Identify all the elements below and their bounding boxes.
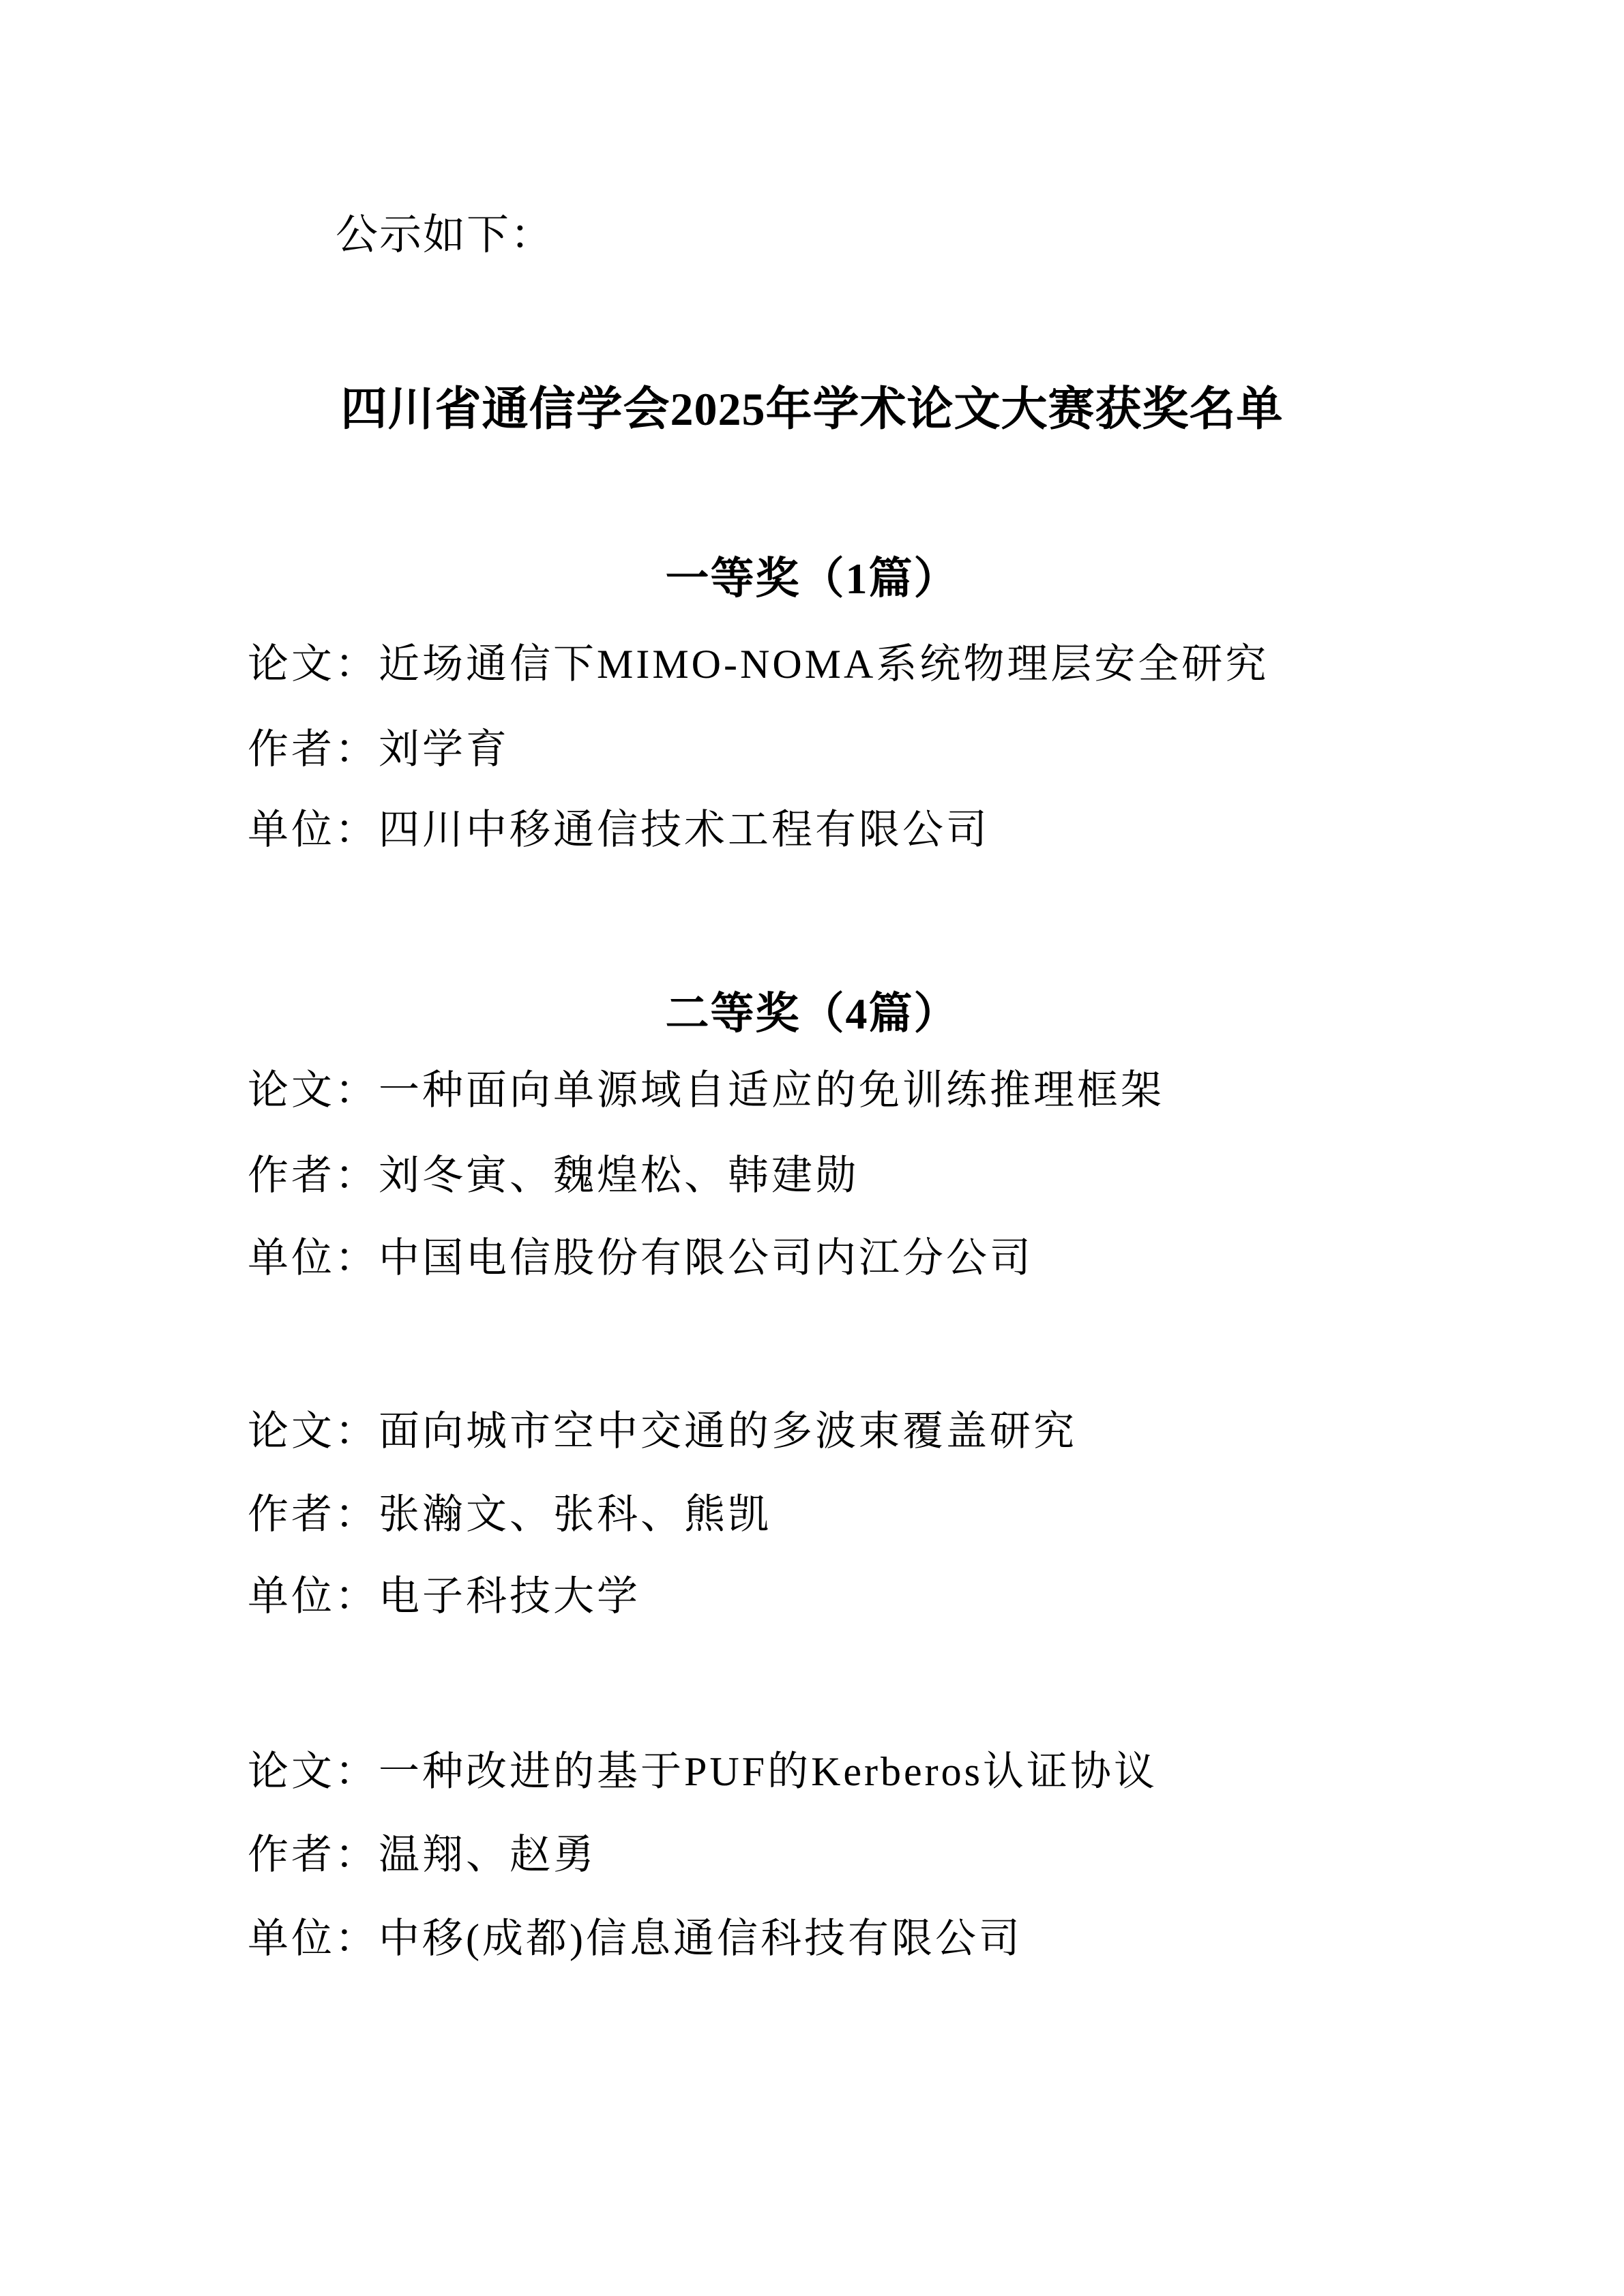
paper-title: 面向城市空中交通的多波束覆盖研究 (379, 1409, 1077, 1454)
org-name: 中移(成都)信息通信科技有限公司 (379, 1916, 1022, 1961)
paper-line: 论文：面向城市空中交通的多波束覆盖研究 (248, 1411, 1077, 1452)
author-line: 作者：张瀚文、张科、熊凯 (248, 1494, 771, 1535)
section-heading-second-prize: 二等奖（4篇） (0, 992, 1624, 1036)
author-label: 作者： (248, 727, 379, 772)
document-title: 四川省通信学会2025年学术论文大赛获奖名单 (0, 386, 1624, 432)
author-names: 刘学育 (379, 727, 510, 772)
org-label: 单位： (248, 1574, 379, 1619)
author-names: 张瀚文、张科、熊凯 (379, 1492, 771, 1537)
author-line: 作者：刘冬寅、魏煌松、韩建勋 (248, 1155, 859, 1196)
org-line: 单位：中移(成都)信息通信科技有限公司 (248, 1918, 1022, 1959)
org-line: 单位：中国电信股份有限公司内江分公司 (248, 1238, 1033, 1279)
author-label: 作者： (248, 1832, 379, 1877)
author-names: 温翔、赵勇 (379, 1832, 597, 1877)
paper-line: 论文：近场通信下MIMO-NOMA系统物理层安全研究 (248, 644, 1269, 685)
author-line: 作者：刘学育 (248, 729, 510, 770)
org-name: 中国电信股份有限公司内江分公司 (379, 1236, 1033, 1281)
org-label: 单位： (248, 807, 379, 852)
document-page: 公示如下： 四川省通信学会2025年学术论文大赛获奖名单 一等奖（1篇） 论文：… (0, 0, 1624, 2296)
paper-title: 一种改进的基于PUF的Kerberos认证协议 (379, 1749, 1157, 1794)
paper-line: 论文：一种面向单源域自适应的免训练推理框架 (248, 1070, 1164, 1111)
author-label: 作者： (248, 1153, 379, 1198)
paper-label: 论文： (248, 1068, 379, 1113)
author-names: 刘冬寅、魏煌松、韩建勋 (379, 1153, 859, 1198)
section-heading-first-prize: 一等奖（1篇） (0, 557, 1624, 601)
author-label: 作者： (248, 1492, 379, 1537)
author-line: 作者：温翔、赵勇 (248, 1834, 597, 1875)
org-line: 单位：电子科技大学 (248, 1576, 640, 1617)
paper-label: 论文： (248, 642, 379, 687)
org-label: 单位： (248, 1916, 379, 1961)
paper-line: 论文：一种改进的基于PUF的Kerberos认证协议 (248, 1751, 1157, 1792)
org-line: 单位：四川中移通信技术工程有限公司 (248, 809, 990, 850)
paper-label: 论文： (248, 1749, 379, 1794)
org-name: 电子科技大学 (379, 1574, 640, 1619)
org-name: 四川中移通信技术工程有限公司 (379, 807, 990, 852)
paper-title: 近场通信下MIMO-NOMA系统物理层安全研究 (379, 642, 1269, 687)
paper-label: 论文： (248, 1409, 379, 1454)
paper-title: 一种面向单源域自适应的免训练推理框架 (379, 1068, 1164, 1113)
intro-paragraph: 公示如下： (336, 214, 554, 256)
org-label: 单位： (248, 1236, 379, 1281)
